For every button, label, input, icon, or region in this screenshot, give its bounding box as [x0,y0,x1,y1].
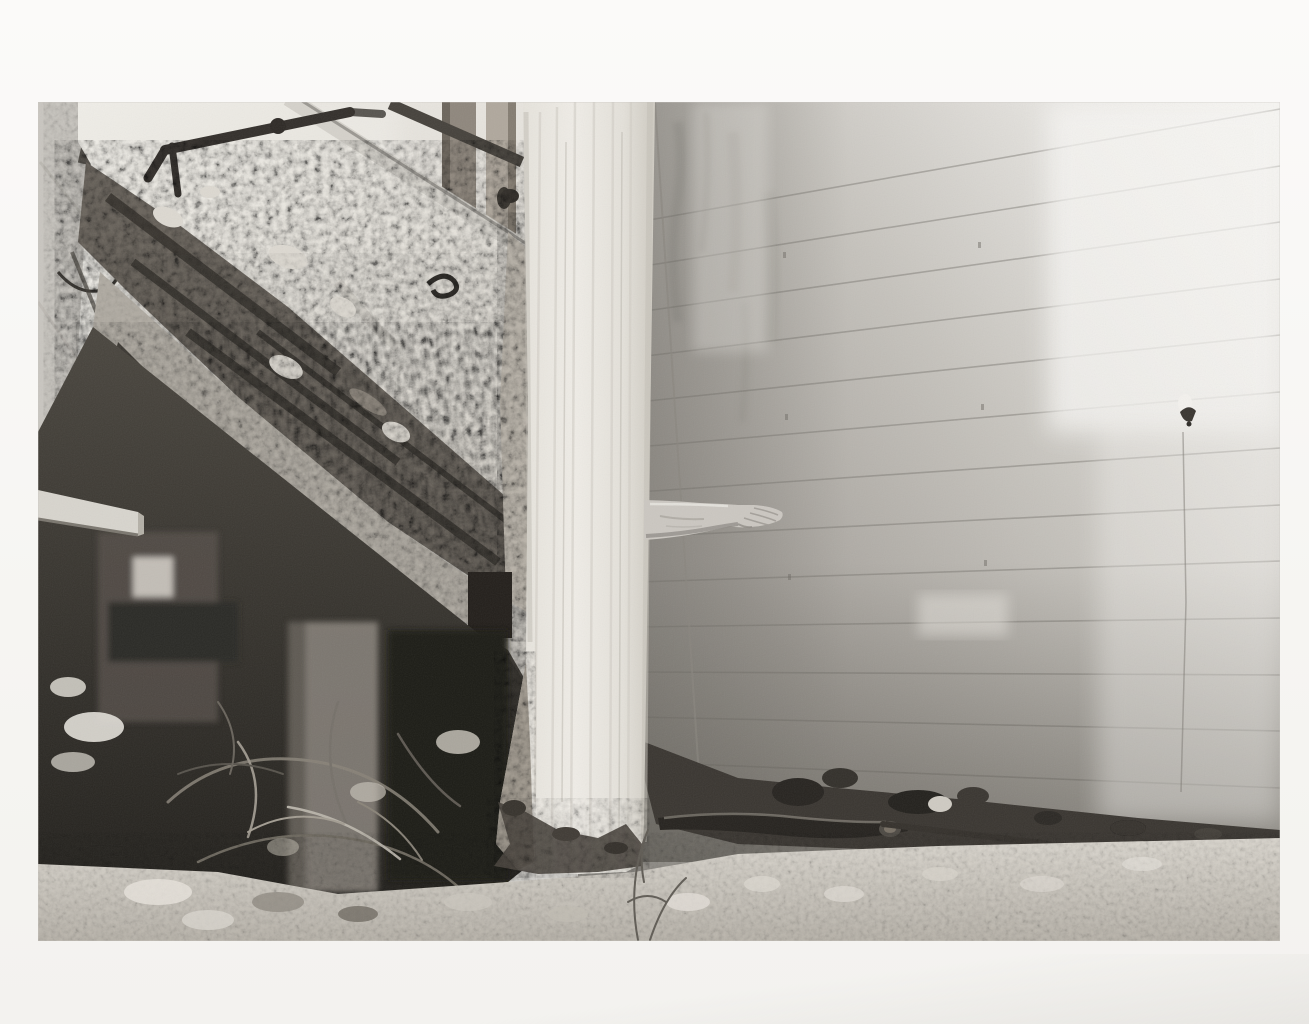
scan-page [0,0,1309,1024]
photo-canvas [38,102,1280,941]
paper-edge-shadow [0,954,1309,1024]
film-grain [38,102,1280,941]
photograph [38,102,1280,941]
